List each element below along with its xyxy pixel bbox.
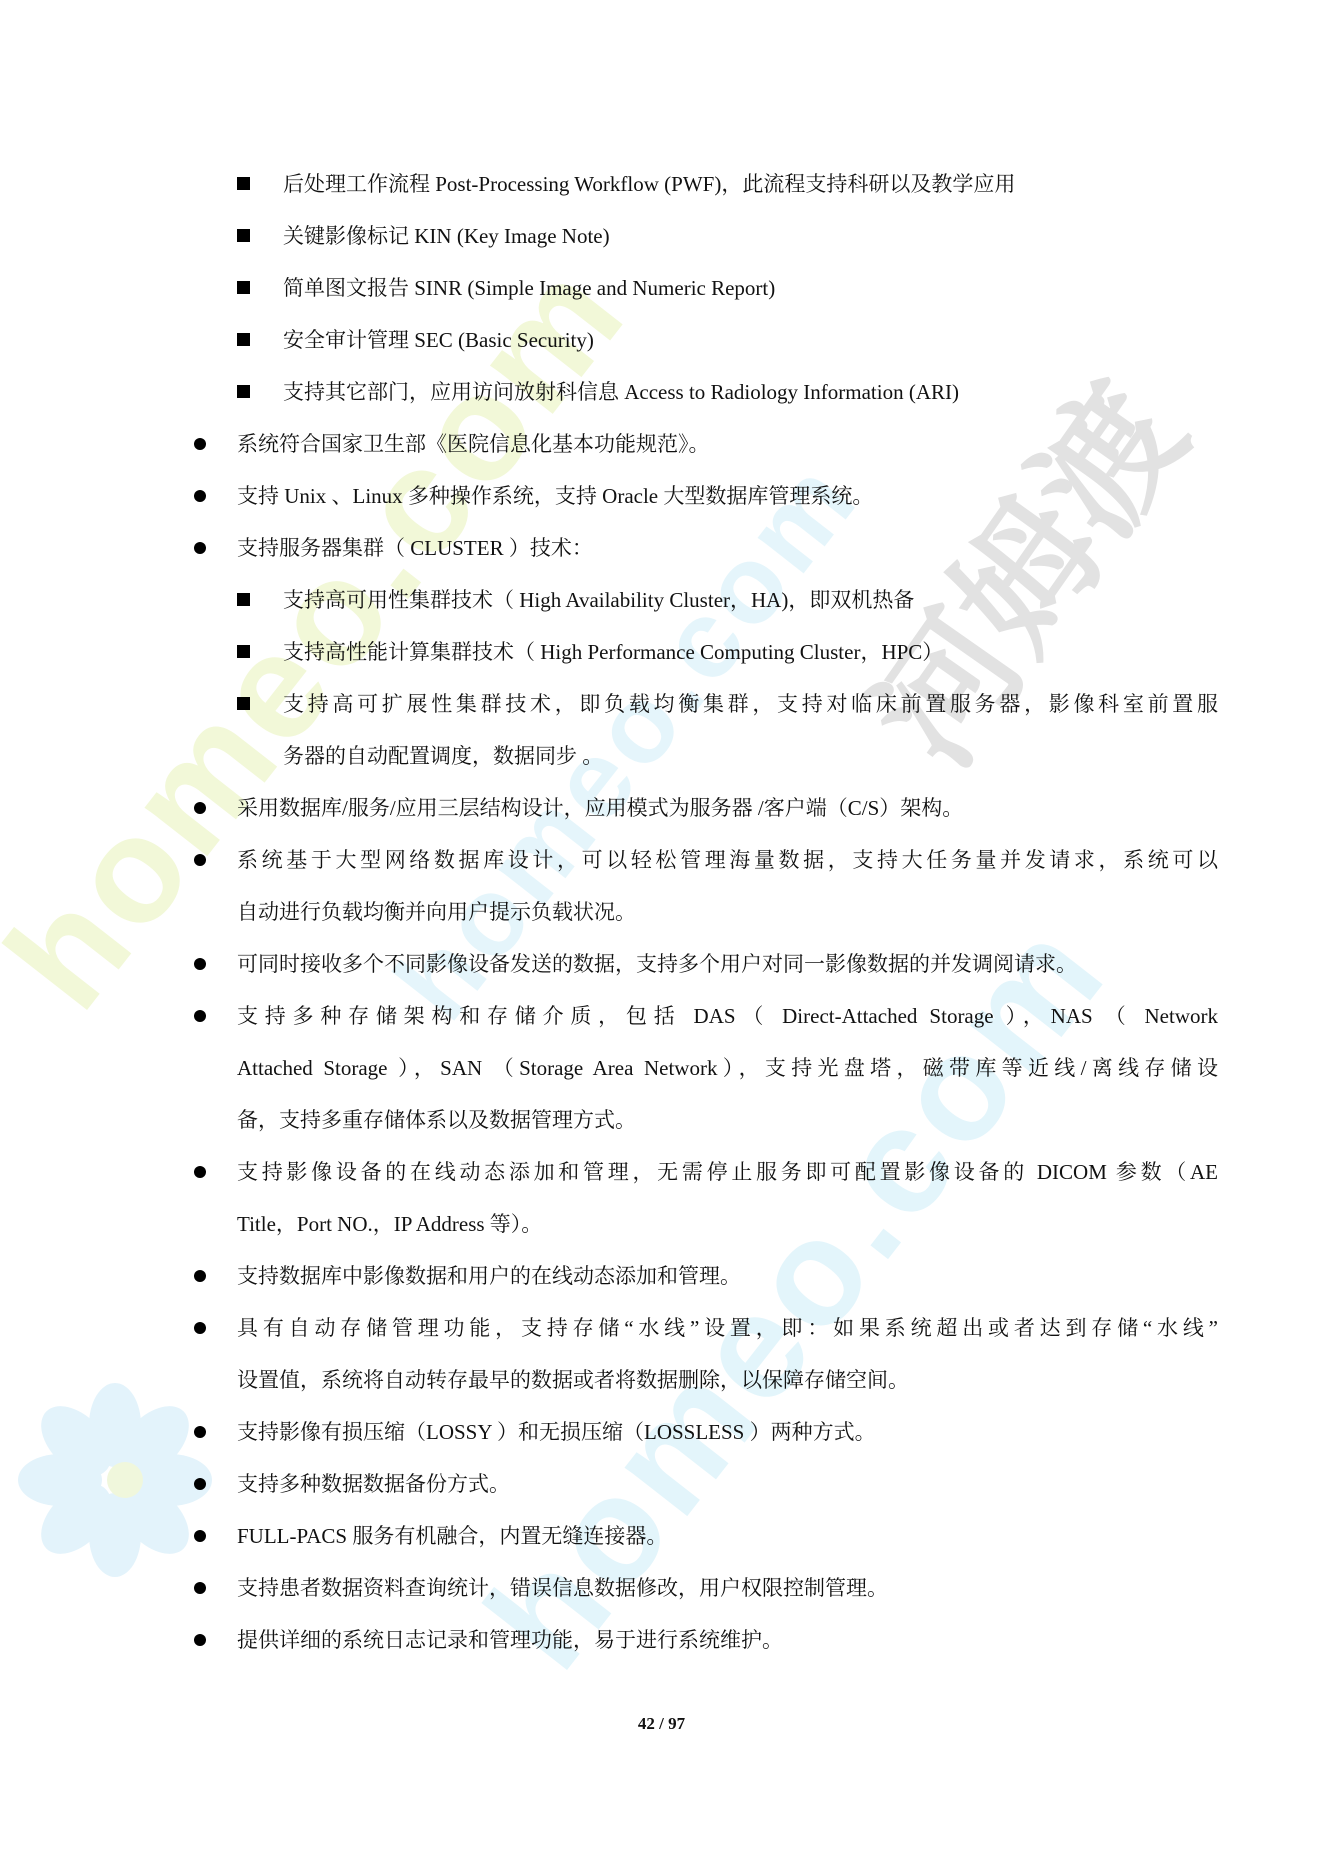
square-bullet-icon (237, 385, 250, 398)
round-bullet-icon (194, 542, 206, 554)
list-item-text: 支持影像设备的在线动态添加和管理，无需停止服务即可配置影像设备的 DICOM 参… (237, 1160, 1218, 1184)
round-bullet-icon (194, 1426, 206, 1438)
list-item-text: 支持影像有损压缩（LOSSY ）和无损压缩（LOSSLESS ）两种方式。 (237, 1417, 876, 1447)
list-item-text: 提供详细的系统日志记录和管理功能，易于进行系统维护。 (237, 1625, 783, 1655)
list-item-sub: 支持高可扩展性集群技术，即负载均衡集群，支持对临床前置服务器，影像科室前置服 (283, 689, 1218, 719)
list-item-text: 支持服务器集群（ CLUSTER ）技术： (237, 533, 593, 563)
list-item-text: 后处理工作流程 Post-Processing Workflow (PWF)，此… (283, 169, 1015, 199)
list-item-text: 支持数据库中影像数据和用户的在线动态添加和管理。 (237, 1261, 741, 1291)
round-bullet-icon (194, 958, 206, 970)
square-bullet-icon (237, 281, 250, 294)
list-item-sub: 后处理工作流程 Post-Processing Workflow (PWF)，此… (283, 169, 1015, 199)
square-bullet-icon (237, 333, 250, 346)
list-item-sub: 支持高性能计算集群技术（ High Performance Computing … (283, 637, 943, 667)
list-item-text: 支持高性能计算集群技术（ High Performance Computing … (283, 637, 943, 667)
round-bullet-icon (194, 1634, 206, 1646)
list-item-text: 支持多种存储架构和存储介质，包括 DAS（ Direct-Attached St… (237, 1004, 1218, 1028)
square-bullet-icon (237, 177, 250, 190)
list-item-text: 可同时接收多个不同影像设备发送的数据，支持多个用户对同一影像数据的并发调阅请求。 (237, 949, 1077, 979)
list-item: FULL-PACS 服务有机融合，内置无缝连接器。 (237, 1521, 667, 1551)
list-item-sub: 关键影像标记 KIN (Key Image Note) (283, 221, 610, 251)
list-item-text: 支持其它部门，应用访问放射科信息 Access to Radiology Inf… (283, 377, 959, 407)
list-item: 支持影像设备的在线动态添加和管理，无需停止服务即可配置影像设备的 DICOM 参… (237, 1157, 1218, 1187)
list-item-text: 关键影像标记 KIN (Key Image Note) (283, 221, 610, 251)
list-item: 支持多种数据数据备份方式。 (237, 1469, 510, 1499)
square-bullet-icon (237, 593, 250, 606)
list-item-sub-continuation: 务器的自动配置调度，数据同步 。 (283, 741, 603, 771)
list-item-continuation: 自动进行负载均衡并向用户提示负载状况。 (237, 897, 636, 927)
round-bullet-icon (194, 802, 206, 814)
round-bullet-icon (194, 1582, 206, 1594)
list-item-text: 具有自动存储管理功能，支持存储“水线”设置，即：如果系统超出或者达到存储“水线” (237, 1316, 1218, 1340)
square-bullet-icon (237, 645, 250, 658)
list-item: 支持数据库中影像数据和用户的在线动态添加和管理。 (237, 1261, 741, 1291)
list-item: 支持服务器集群（ CLUSTER ）技术： (237, 533, 593, 563)
list-item-text: 支持高可扩展性集群技术，即负载均衡集群，支持对临床前置服务器，影像科室前置服 (283, 692, 1218, 716)
list-item-continuation: 设置值，系统将自动转存最早的数据或者将数据删除，以保障存储空间。 (237, 1365, 909, 1395)
round-bullet-icon (194, 1530, 206, 1542)
list-item-text: 采用数据库/服务/应用三层结构设计，应用模式为服务器 /客户端（C/S）架构。 (237, 793, 963, 823)
list-item: 可同时接收多个不同影像设备发送的数据，支持多个用户对同一影像数据的并发调阅请求。 (237, 949, 1077, 979)
list-item-sub: 支持高可用性集群技术（ High Availability Cluster，HA… (283, 585, 914, 615)
list-item-text: 系统基于大型网络数据库设计，可以轻松管理海量数据，支持大任务量并发请求，系统可以 (237, 848, 1218, 872)
square-bullet-icon (237, 697, 250, 710)
list-item-text: 设置值，系统将自动转存最早的数据或者将数据删除，以保障存储空间。 (237, 1365, 909, 1395)
list-item-text: 务器的自动配置调度，数据同步 。 (283, 741, 603, 771)
list-item-sub: 简单图文报告 SINR (Simple Image and Numeric Re… (283, 273, 775, 303)
round-bullet-icon (194, 1010, 206, 1022)
list-item: 支持影像有损压缩（LOSSY ）和无损压缩（LOSSLESS ）两种方式。 (237, 1417, 876, 1447)
round-bullet-icon (194, 1322, 206, 1334)
list-item-text: 支持高可用性集群技术（ High Availability Cluster，HA… (283, 585, 914, 615)
list-item-text: Title，Port NO.，IP Address 等）。 (237, 1209, 542, 1239)
page-number: 42 / 97 (0, 1714, 1323, 1734)
list-item: 采用数据库/服务/应用三层结构设计，应用模式为服务器 /客户端（C/S）架构。 (237, 793, 963, 823)
list-item-text: Attached Storage ），SAN （Storage Area Net… (237, 1056, 1218, 1080)
list-item-text: 自动进行负载均衡并向用户提示负载状况。 (237, 897, 636, 927)
list-item-continuation: 备，支持多重存储体系以及数据管理方式。 (237, 1105, 636, 1135)
list-item: 支持患者数据资料查询统计，错误信息数据修改，用户权限控制管理。 (237, 1573, 888, 1603)
list-item: 系统符合国家卫生部《医院信息化基本功能规范》。 (237, 429, 710, 459)
list-item: 提供详细的系统日志记录和管理功能，易于进行系统维护。 (237, 1625, 783, 1655)
round-bullet-icon (194, 1270, 206, 1282)
list-item-sub: 支持其它部门，应用访问放射科信息 Access to Radiology Inf… (283, 377, 959, 407)
list-item-text: 简单图文报告 SINR (Simple Image and Numeric Re… (283, 273, 775, 303)
list-item-sub: 安全审计管理 SEC (Basic Security) (283, 325, 594, 355)
round-bullet-icon (194, 1166, 206, 1178)
list-item: 系统基于大型网络数据库设计，可以轻松管理海量数据，支持大任务量并发请求，系统可以 (237, 845, 1218, 875)
round-bullet-icon (194, 438, 206, 450)
list-item: 具有自动存储管理功能，支持存储“水线”设置，即：如果系统超出或者达到存储“水线” (237, 1313, 1218, 1343)
list-item-text: 安全审计管理 SEC (Basic Security) (283, 325, 594, 355)
round-bullet-icon (194, 1478, 206, 1490)
square-bullet-icon (237, 229, 250, 242)
round-bullet-icon (194, 490, 206, 502)
document-page: 后处理工作流程 Post-Processing Workflow (PWF)，此… (0, 0, 1323, 1871)
list-item: 支持多种存储架构和存储介质，包括 DAS（ Direct-Attached St… (237, 1001, 1218, 1031)
list-item-continuation: Title，Port NO.，IP Address 等）。 (237, 1209, 542, 1239)
list-item-text: 支持多种数据数据备份方式。 (237, 1469, 510, 1499)
round-bullet-icon (194, 854, 206, 866)
list-item-continuation: Attached Storage ），SAN （Storage Area Net… (237, 1053, 1218, 1083)
list-item-text: 支持 Unix 、Linux 多种操作系统，支持 Oracle 大型数据库管理系… (237, 481, 873, 511)
list-item-text: 系统符合国家卫生部《医院信息化基本功能规范》。 (237, 429, 710, 459)
list-item-text: 支持患者数据资料查询统计，错误信息数据修改，用户权限控制管理。 (237, 1573, 888, 1603)
list-item-text: 备，支持多重存储体系以及数据管理方式。 (237, 1105, 636, 1135)
list-item-text: FULL-PACS 服务有机融合，内置无缝连接器。 (237, 1521, 667, 1551)
list-item: 支持 Unix 、Linux 多种操作系统，支持 Oracle 大型数据库管理系… (237, 481, 873, 511)
